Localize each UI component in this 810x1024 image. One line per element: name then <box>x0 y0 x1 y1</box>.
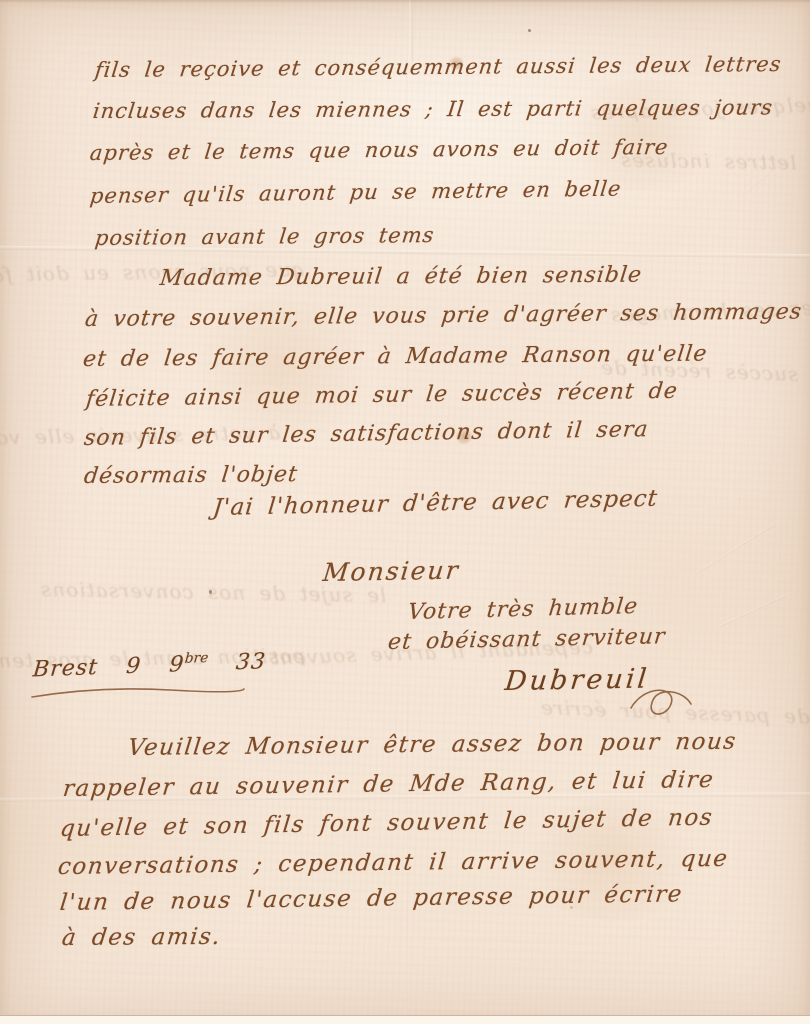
manuscript-line-ps-6: à des amis. <box>61 926 223 950</box>
fold-crease-vertical-center <box>404 60 408 1024</box>
dateline-day: 9 <box>125 654 142 680</box>
fold-crease-vertical-top <box>409 0 413 62</box>
dateline-month-abbr: bre <box>184 650 209 667</box>
dateline-month: 9 <box>168 652 185 678</box>
paper-edge-bottom <box>0 1015 810 1024</box>
closing-line-1: Votre très humble <box>407 596 639 624</box>
dateline-year: 33 <box>235 649 267 675</box>
signature: Dubreuil <box>504 665 651 695</box>
manuscript-line-p2-1: Madame Dubreuil a été bien sensible <box>159 265 644 290</box>
closing-line-2: et obéissant serviteur <box>387 626 667 654</box>
manuscript-line-p2-6: désormais l'objet <box>83 464 299 488</box>
scanned-letter: quelques jours après les deux lettres in… <box>0 0 810 1024</box>
manuscript-line-p1-5: position avant le gros tems <box>94 225 436 249</box>
manuscript-line-p2-3: et de les faire agréer à Madame Ranson q… <box>82 344 709 371</box>
dateline-place: Brest <box>32 655 99 682</box>
ink-speck-1 <box>528 29 531 32</box>
manuscript-line-p1-2: incluses dans les miennes ; Il est parti… <box>92 97 774 122</box>
salutation: Monsieur <box>322 558 461 585</box>
paper-edge-top <box>0 0 810 3</box>
